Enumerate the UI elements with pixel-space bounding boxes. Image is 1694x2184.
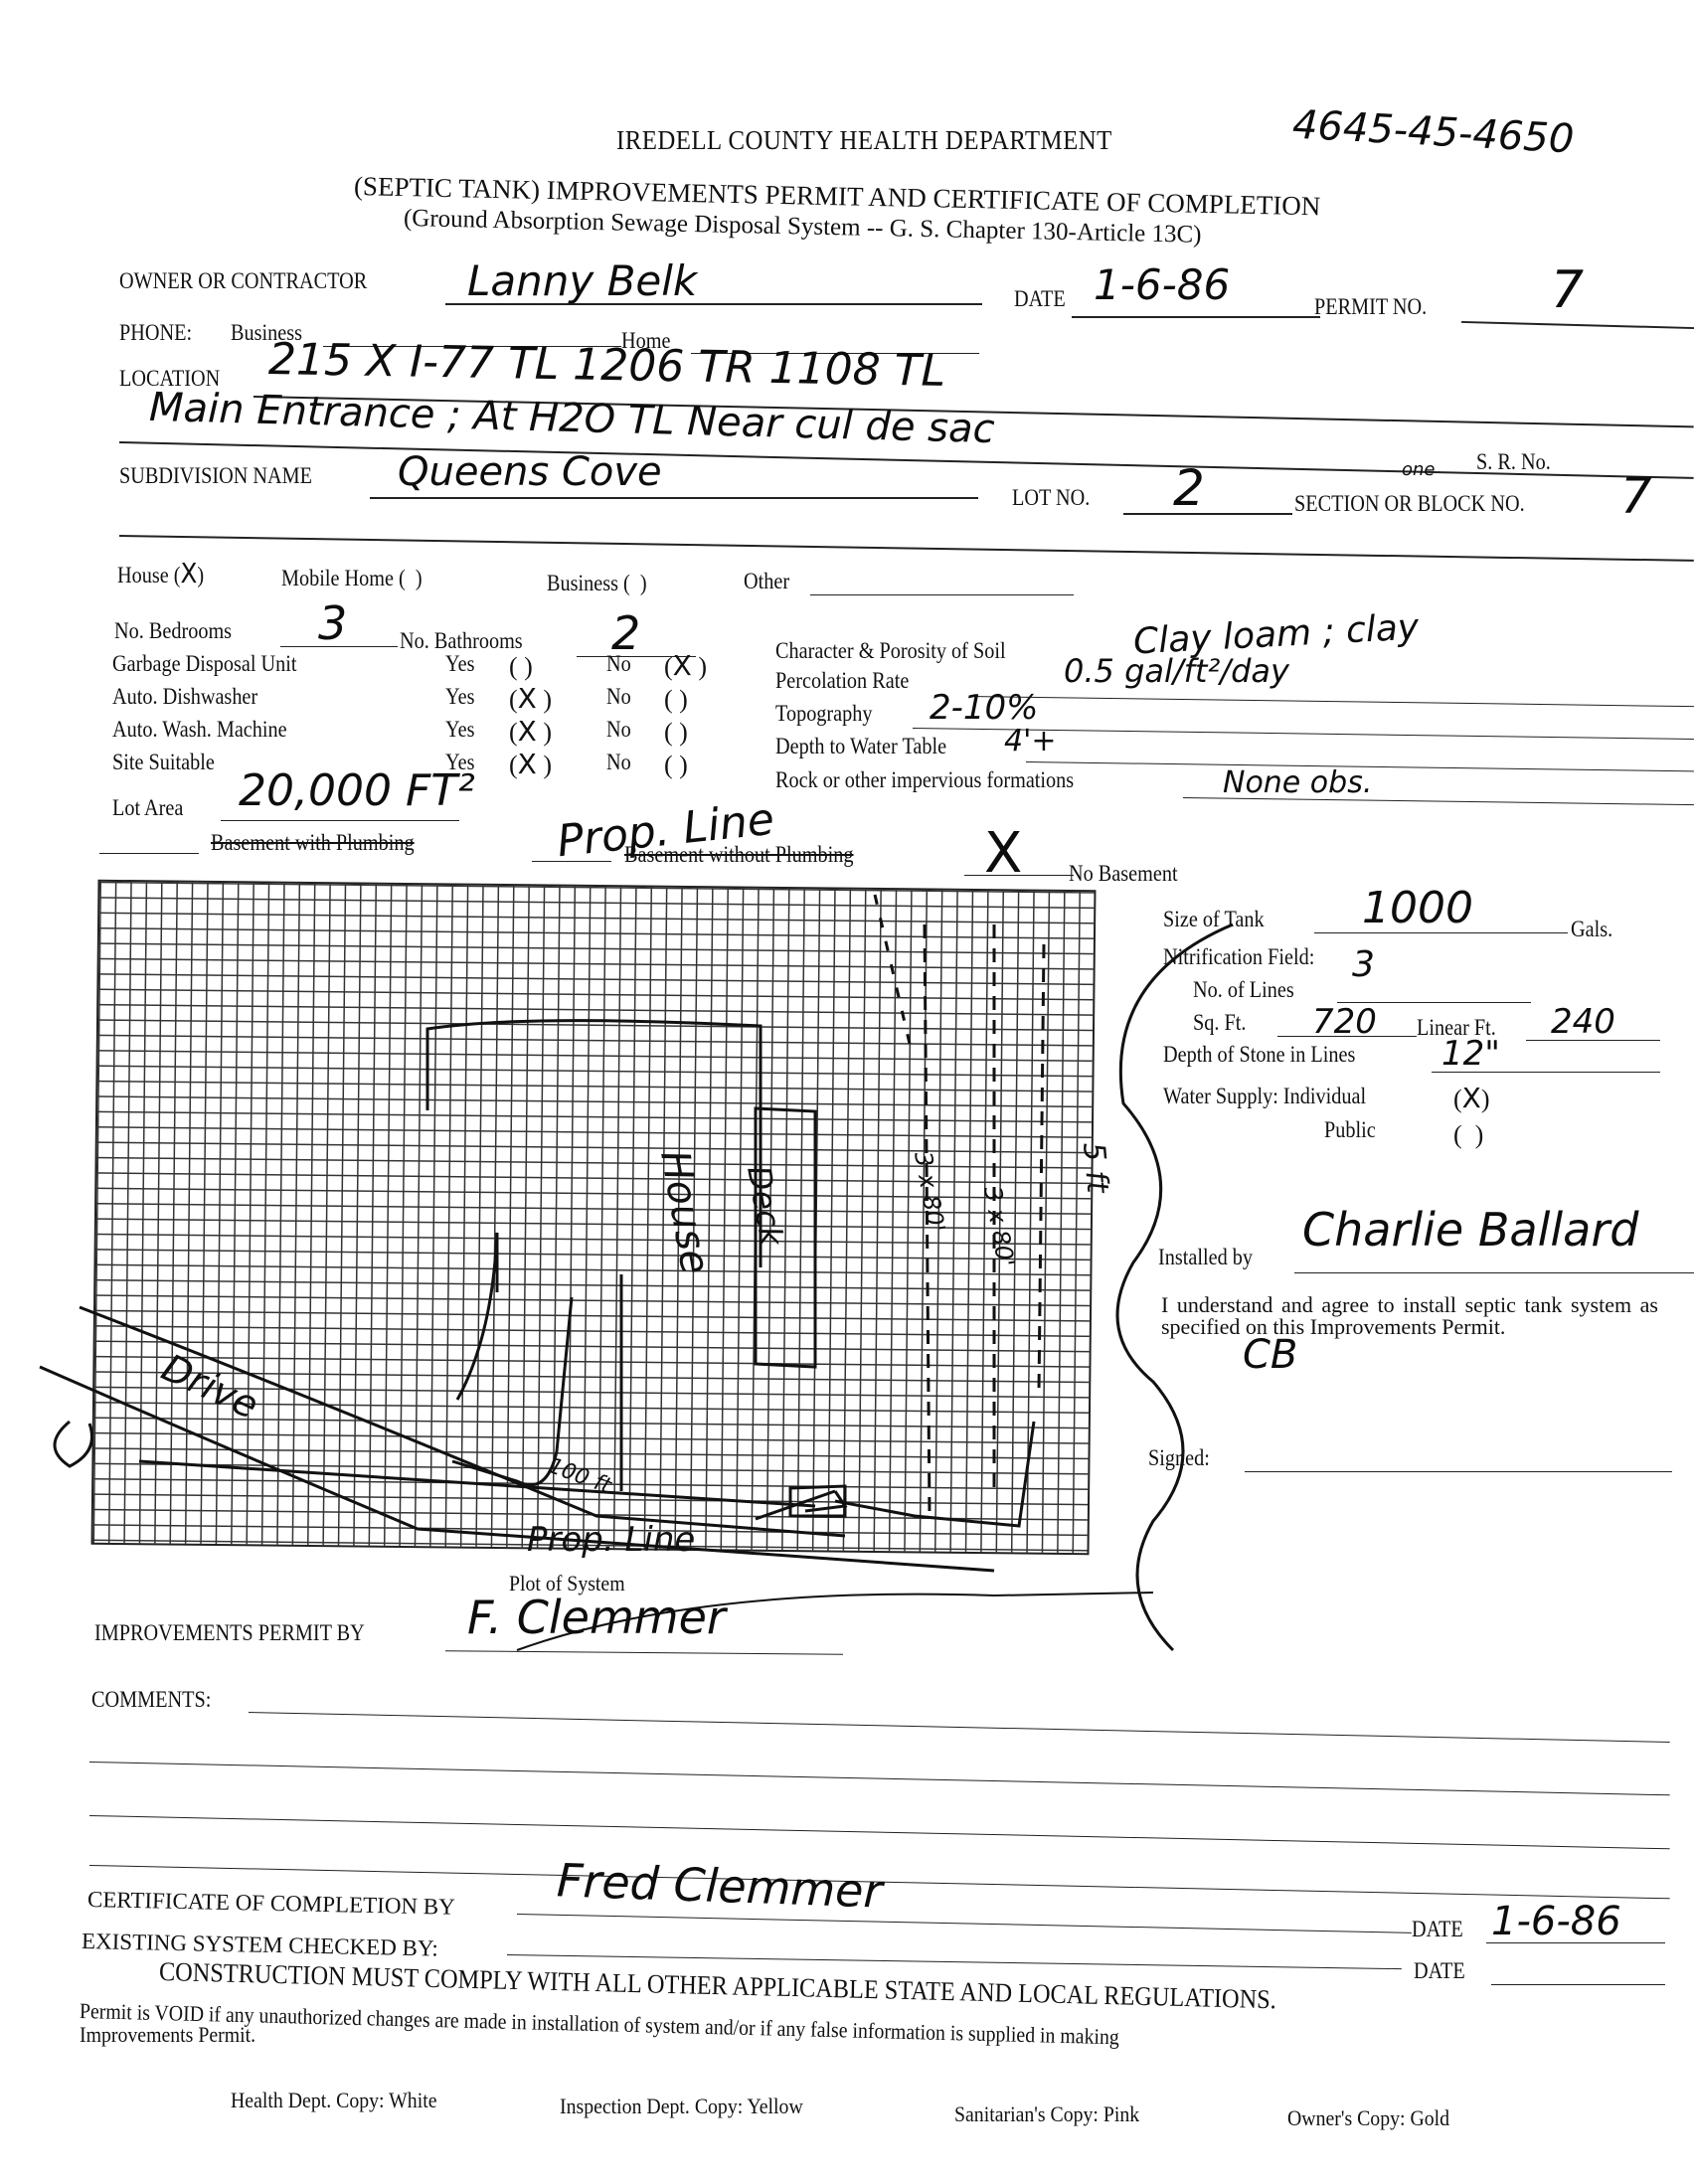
svg-text:100 ft: 100 ft [545,1453,615,1499]
copy-health-dept: Health Dept. Copy: White [231,2088,437,2113]
stone-depth-field[interactable]: 12" [1441,1034,1500,1074]
stone-depth-label: Depth of Stone in Lines [1163,1042,1355,1068]
water-supply-label: Water Supply: Individual [1163,1084,1366,1109]
svg-text:3 x 80': 3 x 80' [978,1184,1020,1268]
installer-initials: CB [1243,1332,1297,1378]
installed-by-label: Installed by [1158,1245,1253,1270]
improvements-permit-field[interactable]: F. Clemmer [467,1591,726,1644]
water-public-checkbox[interactable]: ( ) [1453,1117,1483,1150]
installer-agreement: I understand and agree to install septic… [1161,1294,1658,1338]
existing-date-field[interactable] [1491,1984,1665,1985]
comments-label: COMMENTS: [91,1687,211,1713]
certificate-date-label: DATE [1412,1917,1463,1942]
linear-ft-field[interactable]: 240 [1551,1002,1615,1042]
water-individual-checkbox[interactable]: (X) [1453,1082,1490,1114]
sqft-field[interactable]: 720 [1312,1002,1377,1042]
svg-text:5 ft: 5 ft [1076,1141,1114,1196]
certificate-date-field[interactable]: 1-6-86 [1491,1899,1621,1944]
existing-date-label: DATE [1414,1958,1465,1984]
lines-label: No. of Lines [1193,977,1294,1003]
copy-sanitarian: Sanitarian's Copy: Pink [954,2101,1139,2127]
installed-by-field[interactable]: Charlie Ballard [1302,1203,1638,1257]
certificate-field[interactable]: Fred Clemmer [556,1853,883,1918]
tank-size-label: Size of Tank [1163,907,1265,932]
void-notice-line2: Improvements Permit. [80,2022,255,2048]
plot-sketch: House Deck Drive 100 ft Prop. Line 3 x 8… [0,0,1694,2184]
water-public-label: Public [1324,1117,1376,1143]
signed-label: Signed: [1148,1445,1210,1471]
svg-text:Prop. Line: Prop. Line [527,1520,695,1560]
improvements-permit-label: IMPROVEMENTS PERMIT BY [94,1620,365,1646]
svg-text:House: House [651,1147,718,1277]
svg-text:3 x 80': 3 x 80' [909,1149,950,1234]
copy-owner: Owner's Copy: Gold [1287,2105,1449,2131]
svg-text:Deck: Deck [740,1163,791,1250]
copy-inspection-dept: Inspection Dept. Copy: Yellow [560,2094,803,2119]
sqft-label: Sq. Ft. [1193,1010,1246,1036]
tank-size-field[interactable]: 1000 [1362,883,1473,933]
tank-unit: Gals. [1571,917,1612,942]
nitrification-label: Nitrification Field: [1163,944,1314,970]
nitrification-field[interactable]: 3 [1352,944,1375,985]
